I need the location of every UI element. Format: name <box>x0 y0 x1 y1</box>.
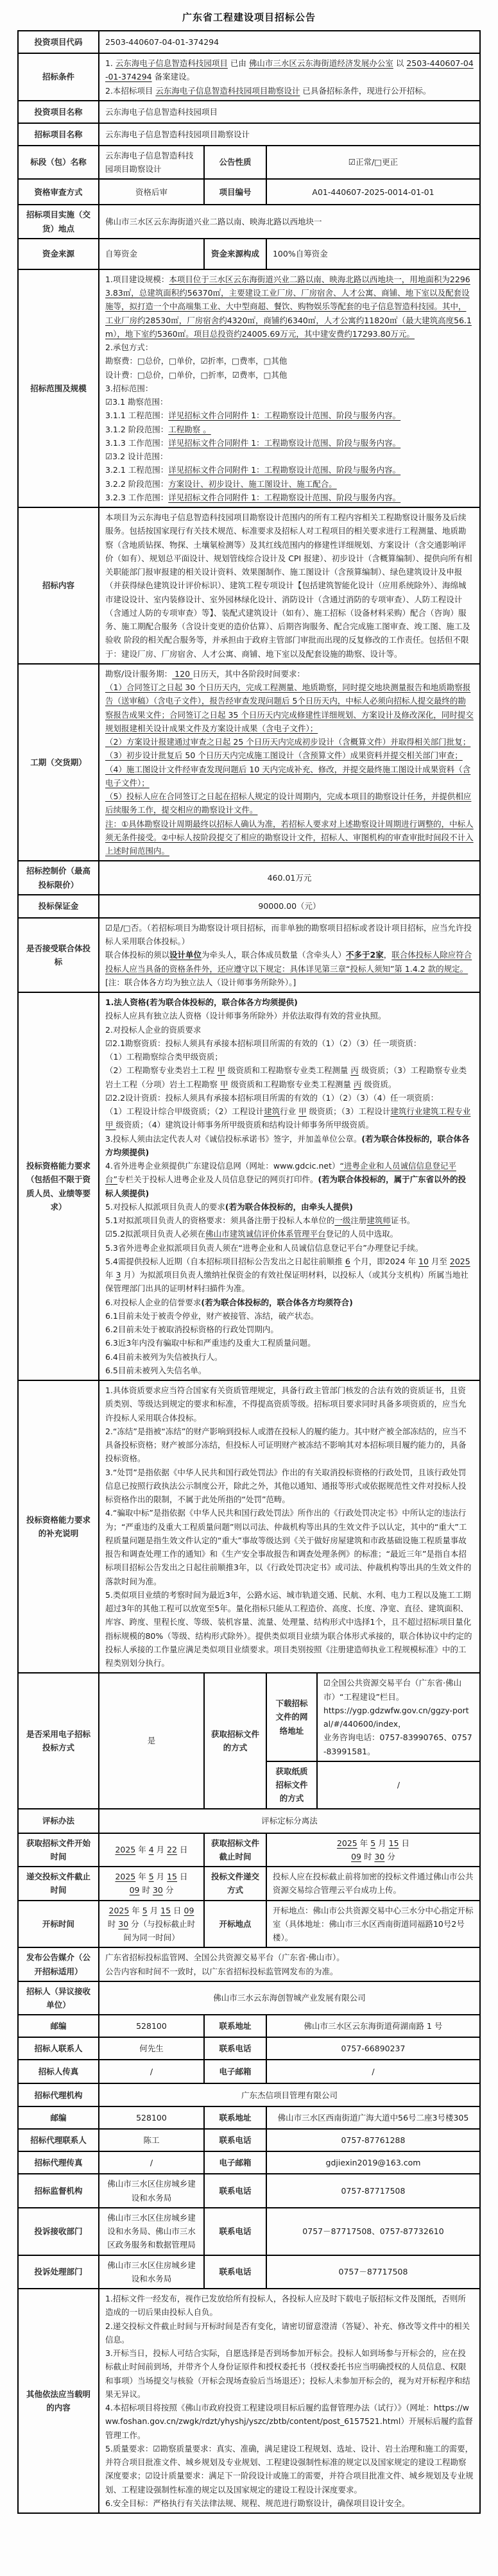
field-label: 获取纸质招标文件的方式 <box>266 1761 317 1809</box>
table-row: 开标时间2025 年 5 月 15 日 09 时 30 分（与投标截止时间为同一… <box>18 1901 480 1948</box>
table-row: 招标代理传真/电子邮箱gdjiexin2019@163.com <box>18 2151 480 2174</box>
field-value: A01-440607-2025-0014-01-01 <box>266 179 480 205</box>
field-label: 招标代理联系人 <box>18 2129 99 2151</box>
field-label: 资格审查方式 <box>18 179 99 205</box>
field-label: 开标地点 <box>204 1901 266 1948</box>
table-row: 招标人传真/电子邮箱/ <box>18 2060 480 2083</box>
field-value: 2025 年 5 月 15 日09 时 30 分 <box>99 1867 204 1901</box>
field-value: / <box>99 2060 204 2083</box>
field-value: ☑全国公共资源交易平台（广东省·佛山市）“工程建设”栏目。https://ygp… <box>317 1673 480 1761</box>
table-row: 招标内容本项目为云东海电子信息智造科技园项目勘察设计范围内的所有工程内容相关工程… <box>18 507 480 664</box>
field-value: 云东海电子信息智造科技园项目勘察设计 <box>99 123 480 146</box>
field-value: 1.具体资质要求应当符合国家有关资质管理规定，具备行政主管部门核发的合法有效的资… <box>99 1380 480 1673</box>
field-label: 招标控制价（最高投标限价） <box>18 861 99 895</box>
field-label: 招标人传真 <box>18 2060 99 2083</box>
table-row: 邮编528100联系地址佛山市三水区西南街道广海大道中56号二座3号楼305 <box>18 2106 480 2129</box>
field-label: 电子邮箱 <box>204 2060 266 2083</box>
table-row: 投资项目代码2503-440607-04-01-374294 <box>18 31 480 53</box>
field-label: 工期（交货期） <box>18 664 99 861</box>
field-label: 开标时间 <box>18 1901 99 1948</box>
field-label: 投诉处理部门 <box>18 2255 99 2289</box>
field-value: 1.法人资格(若为联合体投标的，联合体各方均须提供)投标人应具有独立法人资格（设… <box>99 992 480 1380</box>
field-value: 广东杰信项目管理有限公司 <box>99 2083 480 2106</box>
field-value: 佛山市三水区西南街道广海大道中56号二座3号楼305 <box>266 2106 480 2129</box>
table-row: 是否接受联合体投标☑是/□否。（若招标项目为勘察设计项目招标，而非单独的勘察项目… <box>18 918 480 992</box>
field-value: 资格后审 <box>99 179 204 205</box>
field-value: 佛山市三水区云东海街道荷湖南路 1 号 <box>266 2015 480 2037</box>
field-label: 资金来源构成 <box>204 239 266 269</box>
field-label: 投诉接收部门 <box>18 2208 99 2255</box>
table-row: 投标资格能力要求的补充说明1.具体资质要求应当符合国家有关资质管理规定，具备行政… <box>18 1380 480 1673</box>
field-label: 投资项目代码 <box>18 31 99 53</box>
field-label: 项目编号 <box>204 179 266 205</box>
table-row: 其他依法应当载明的内容1.招标文件一经发布，视作已发放给所有投标人，各投标人应及… <box>18 2289 480 2513</box>
field-value: 2025 年 5 月 15 日 09 时 30 分（与投标截止时间为同一时间） <box>99 1901 204 1948</box>
field-value: 是 <box>99 1673 204 1808</box>
table-row: 投资项目名称云东海电子信息智造科技园项目 <box>18 101 480 123</box>
field-label: 发布公告媒介（公开招标适用） <box>18 1947 99 1981</box>
field-value: 何先生 <box>99 2037 204 2060</box>
announcement-page: 广东省工程建设项目招标公告 投资项目代码2503-440607-04-01-37… <box>0 0 498 2539</box>
page-title: 广东省工程建设项目招标公告 <box>0 10 498 24</box>
table-row: 招标代理联系人陈工联系电话0757-87761288 <box>18 2129 480 2151</box>
field-label: 递交投标文件截止时间 <box>18 1867 99 1901</box>
field-value: 0757-66890237 <box>266 2037 480 2060</box>
field-value: 本项目为云东海电子信息智造科技园项目勘察设计范围内的所有工程内容相关工程勘察设计… <box>99 507 480 664</box>
field-value: 1.招标文件一经发布，视作已发放给所有投标人，各投标人应及时下载电子版招标文件及… <box>99 2289 480 2513</box>
field-label: 标段（包）名称 <box>18 146 99 180</box>
field-label: 招标项目实施（交货）地点 <box>18 205 99 239</box>
field-value: 0757-87761288 <box>266 2129 480 2151</box>
field-label: 联系电话 <box>204 2208 266 2255</box>
field-label: 获取招标文件的方式 <box>204 1673 266 1808</box>
field-label: 招标范围及规模 <box>18 269 99 507</box>
table-row: 获取招标文件开始时间2025 年 4 月 22 日获取招标文件截止时间2025 … <box>18 1833 480 1867</box>
field-label: 电子邮箱 <box>204 2151 266 2174</box>
field-value: / <box>317 1761 480 1809</box>
table-row: 招标人（异议接收单位）佛山市三水云东海创智城产业发展有限公司 <box>18 1981 480 2015</box>
field-label: 是否采用电子招标投标方式 <box>18 1673 99 1808</box>
field-value: / <box>99 2151 204 2174</box>
field-label: 联系电话 <box>204 2174 266 2208</box>
table-row: 评标办法评标定标分离法 <box>18 1809 480 1833</box>
field-value: 开标地点：佛山市公共资源交易中心三水分中心指定开标室（具体地址：佛山市三水区西南… <box>266 1901 480 1948</box>
field-label: 投标保证金 <box>18 895 99 918</box>
tender-announcement-table: 投资项目代码2503-440607-04-01-374294招标条件1. 云东海… <box>17 30 481 2514</box>
table-row: 招标控制价（最高投标限价）460.01万元 <box>18 861 480 895</box>
field-label: 投资项目名称 <box>18 101 99 123</box>
table-row: 资格审查方式资格后审项目编号A01-440607-2025-0014-01-01 <box>18 179 480 205</box>
field-label: 邮编 <box>18 2106 99 2129</box>
field-value: ☑正常/□更正 <box>266 146 480 180</box>
field-label: 联系电话 <box>204 2255 266 2289</box>
field-value: 0757－87717508 <box>266 2255 480 2289</box>
field-label: 公告性质 <box>204 146 266 180</box>
table-body: 投资项目代码2503-440607-04-01-374294招标条件1. 云东海… <box>18 31 480 2513</box>
table-row: 招标条件1. 云东海电子信息智造科技园项目 已由 佛山市三水区云东海街道经济发展… <box>18 53 480 101</box>
table-row: 是否采用电子招标投标方式是获取招标文件的方式下载招标文件的网络地址☑全国公共资源… <box>18 1673 480 1761</box>
field-label: 招标代理传真 <box>18 2151 99 2174</box>
table-row: 招标项目实施（交货）地点佛山市三水区云东海街道兴业二路以南、映海北路以西地块一 <box>18 205 480 239</box>
field-label: 招标人联系人 <box>18 2037 99 2060</box>
field-label: 是否接受联合体投标 <box>18 918 99 992</box>
field-label: 联系电话 <box>204 2037 266 2060</box>
table-row: 招标代理机构广东杰信项目管理有限公司 <box>18 2083 480 2106</box>
field-value: 评标定标分离法 <box>99 1809 480 1833</box>
field-value: 528100 <box>99 2015 204 2037</box>
table-row: 标段（包）名称云东海电子信息智造科技园项目勘察设计公告性质☑正常/□更正 <box>18 146 480 180</box>
field-label: 招标监督机构 <box>18 2174 99 2208</box>
field-label: 联系地址 <box>204 2015 266 2037</box>
field-label: 招标条件 <box>18 53 99 101</box>
field-label: 投标资格能力要求（包括但不限于资质人员、业绩等要求） <box>18 992 99 1380</box>
table-row: 招标项目名称云东海电子信息智造科技园项目勘察设计 <box>18 123 480 146</box>
field-value: 2503-440607-04-01-374294 <box>99 31 480 53</box>
table-row: 招标监督机构佛山市三水区住房城乡建设和水务局联系电话0757-87717508 <box>18 2174 480 2208</box>
field-value: 1. 云东海电子信息智造科技园项目 已由 佛山市三水区云东海街道经济发展办公室 … <box>99 53 480 101</box>
table-row: 资金来源自筹资金资金来源构成100%自筹资金 <box>18 239 480 269</box>
field-value: 云东海电子信息智造科技园项目勘察设计 <box>99 146 204 180</box>
field-label: 联系地址 <box>204 2106 266 2129</box>
table-row: 工期（交货期）勘察/设计服务期： 120 日历天，其中各阶段时间要求：（1）合同… <box>18 664 480 861</box>
field-value: 陈工 <box>99 2129 204 2151</box>
field-label: 获取招标文件开始时间 <box>18 1833 99 1867</box>
table-row: 投诉接收部门佛山市三水区住房城乡建设和水务局、佛山市三水区政务服务和数据管理局联… <box>18 2208 480 2255</box>
field-value: 自筹资金 <box>99 239 204 269</box>
field-value: 佛山市三水区住房城乡建设和水务局 <box>99 2255 204 2289</box>
table-row: 投诉处理部门佛山市三水区住房城乡建设和水务局联系电话0757－87717508 <box>18 2255 480 2289</box>
field-label: 获取招标文件截止时间 <box>204 1833 266 1867</box>
field-label: 邮编 <box>18 2015 99 2037</box>
field-value: 勘察/设计服务期： 120 日历天，其中各阶段时间要求：（1）合同签订之日起 3… <box>99 664 480 861</box>
field-value: 投标人应在投标截止前将加密的投标文件通过佛山市公共资源交易综合管理云平台成功上传… <box>266 1867 480 1901</box>
table-row: 递交投标文件截止时间2025 年 5 月 15 日09 时 30 分投标文件递交… <box>18 1867 480 1901</box>
field-value: 佛山市三水区云东海街道兴业二路以南、映海北路以西地块一 <box>99 205 480 239</box>
field-label: 资金来源 <box>18 239 99 269</box>
field-label: 投标资格能力要求的补充说明 <box>18 1380 99 1673</box>
field-label: 其他依法应当载明的内容 <box>18 2289 99 2513</box>
table-row: 发布公告媒介（公开招标适用）广东省招标投标监管网、全国公共资源交易平台（广东省·… <box>18 1947 480 1981</box>
field-value: ☑是/□否。（若招标项目为勘察设计项目招标，而非单独的勘察项目招标或者设计项目招… <box>99 918 480 992</box>
table-row: 投标保证金90000.00（元） <box>18 895 480 918</box>
field-label: 下载招标文件的网络地址 <box>266 1673 317 1761</box>
field-value: 0757－87717508、0757-87732610 <box>266 2208 480 2255</box>
field-value: 0757-87717508 <box>266 2174 480 2208</box>
field-value: 528100 <box>99 2106 204 2129</box>
field-value: 460.01万元 <box>99 861 480 895</box>
table-row: 招标人联系人何先生联系电话0757-66890237 <box>18 2037 480 2060</box>
field-value: 2025 年 4 月 22 日 <box>99 1833 204 1867</box>
table-row: 邮编528100联系地址佛山市三水区云东海街道荷湖南路 1 号 <box>18 2015 480 2037</box>
field-value: 90000.00（元） <box>99 895 480 918</box>
field-value: 广东省招标投标监管网、全国公共资源交易平台（广东省·佛山市）。公告内容和时间不一… <box>99 1947 480 1981</box>
field-value: 佛山市三水区住房城乡建设和水务局、佛山市三水区政务服务和数据管理局 <box>99 2208 204 2255</box>
field-label: 联系电话 <box>204 2129 266 2151</box>
field-value: gdjiexin2019@163.com <box>266 2151 480 2174</box>
field-value: 佛山市三水云东海创智城产业发展有限公司 <box>99 1981 480 2015</box>
table-row: 投标资格能力要求（包括但不限于资质人员、业绩等要求）1.法人资格(若为联合体投标… <box>18 992 480 1380</box>
field-label: 招标内容 <box>18 507 99 664</box>
field-label: 评标办法 <box>18 1809 99 1833</box>
field-value: 1.项目建设规模：本项目位于三水区云东海街道兴业二路以南、映海北路以西地块一，用… <box>99 269 480 507</box>
field-label: 招标人（异议接收单位） <box>18 1981 99 2015</box>
field-label: 招标项目名称 <box>18 123 99 146</box>
field-value: 云东海电子信息智造科技园项目 <box>99 101 480 123</box>
field-label: 招标代理机构 <box>18 2083 99 2106</box>
table-row: 招标范围及规模1.项目建设规模：本项目位于三水区云东海街道兴业二路以南、映海北路… <box>18 269 480 507</box>
field-value: 100%自筹资金 <box>266 239 480 269</box>
field-value: 佛山市三水区住房城乡建设和水务局 <box>99 2174 204 2208</box>
field-label: 投标文件递交方式 <box>204 1867 266 1901</box>
field-value: 2025 年 5 月 15 日09 时 30 分 <box>266 1833 480 1867</box>
field-value: / <box>266 2060 480 2083</box>
